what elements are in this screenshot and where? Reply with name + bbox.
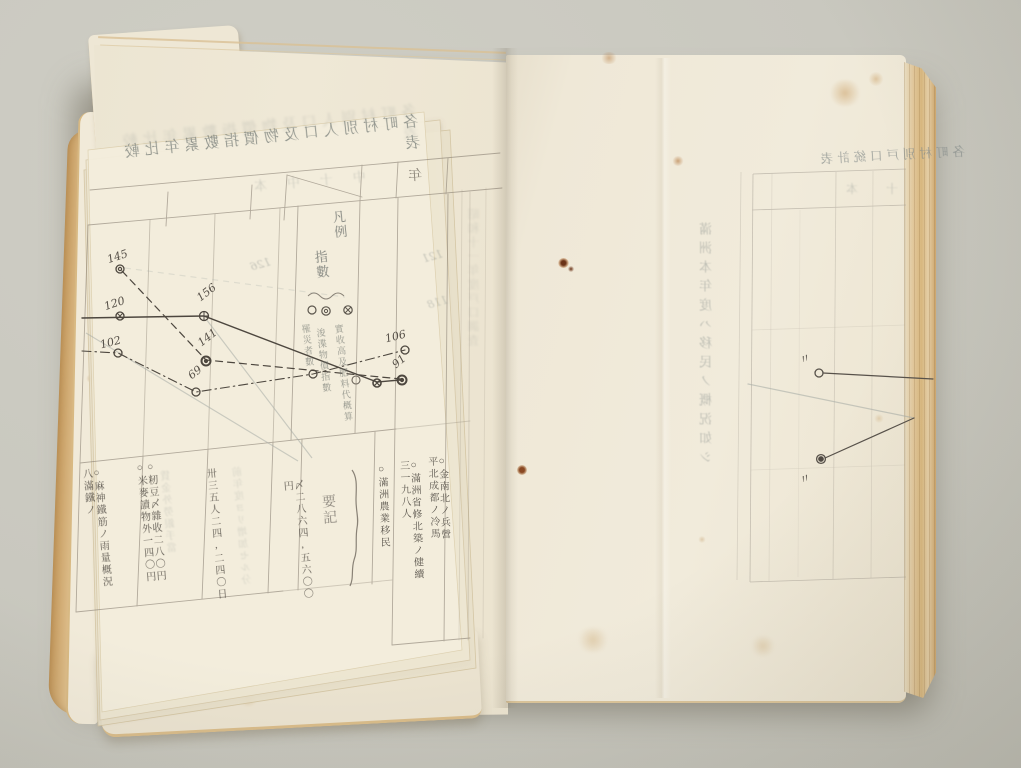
right-page (506, 55, 906, 703)
left-page (92, 38, 508, 720)
photo-scene: 各町村別人口及物價指數累年比較表 各町村別人口及物價指數累年比較表 中十中本 年… (0, 0, 1021, 768)
right-page-crease (655, 58, 671, 698)
under-sheet-bottom (98, 630, 482, 738)
gutter-shadow (492, 48, 518, 708)
page-stack-edge-right (904, 62, 936, 698)
